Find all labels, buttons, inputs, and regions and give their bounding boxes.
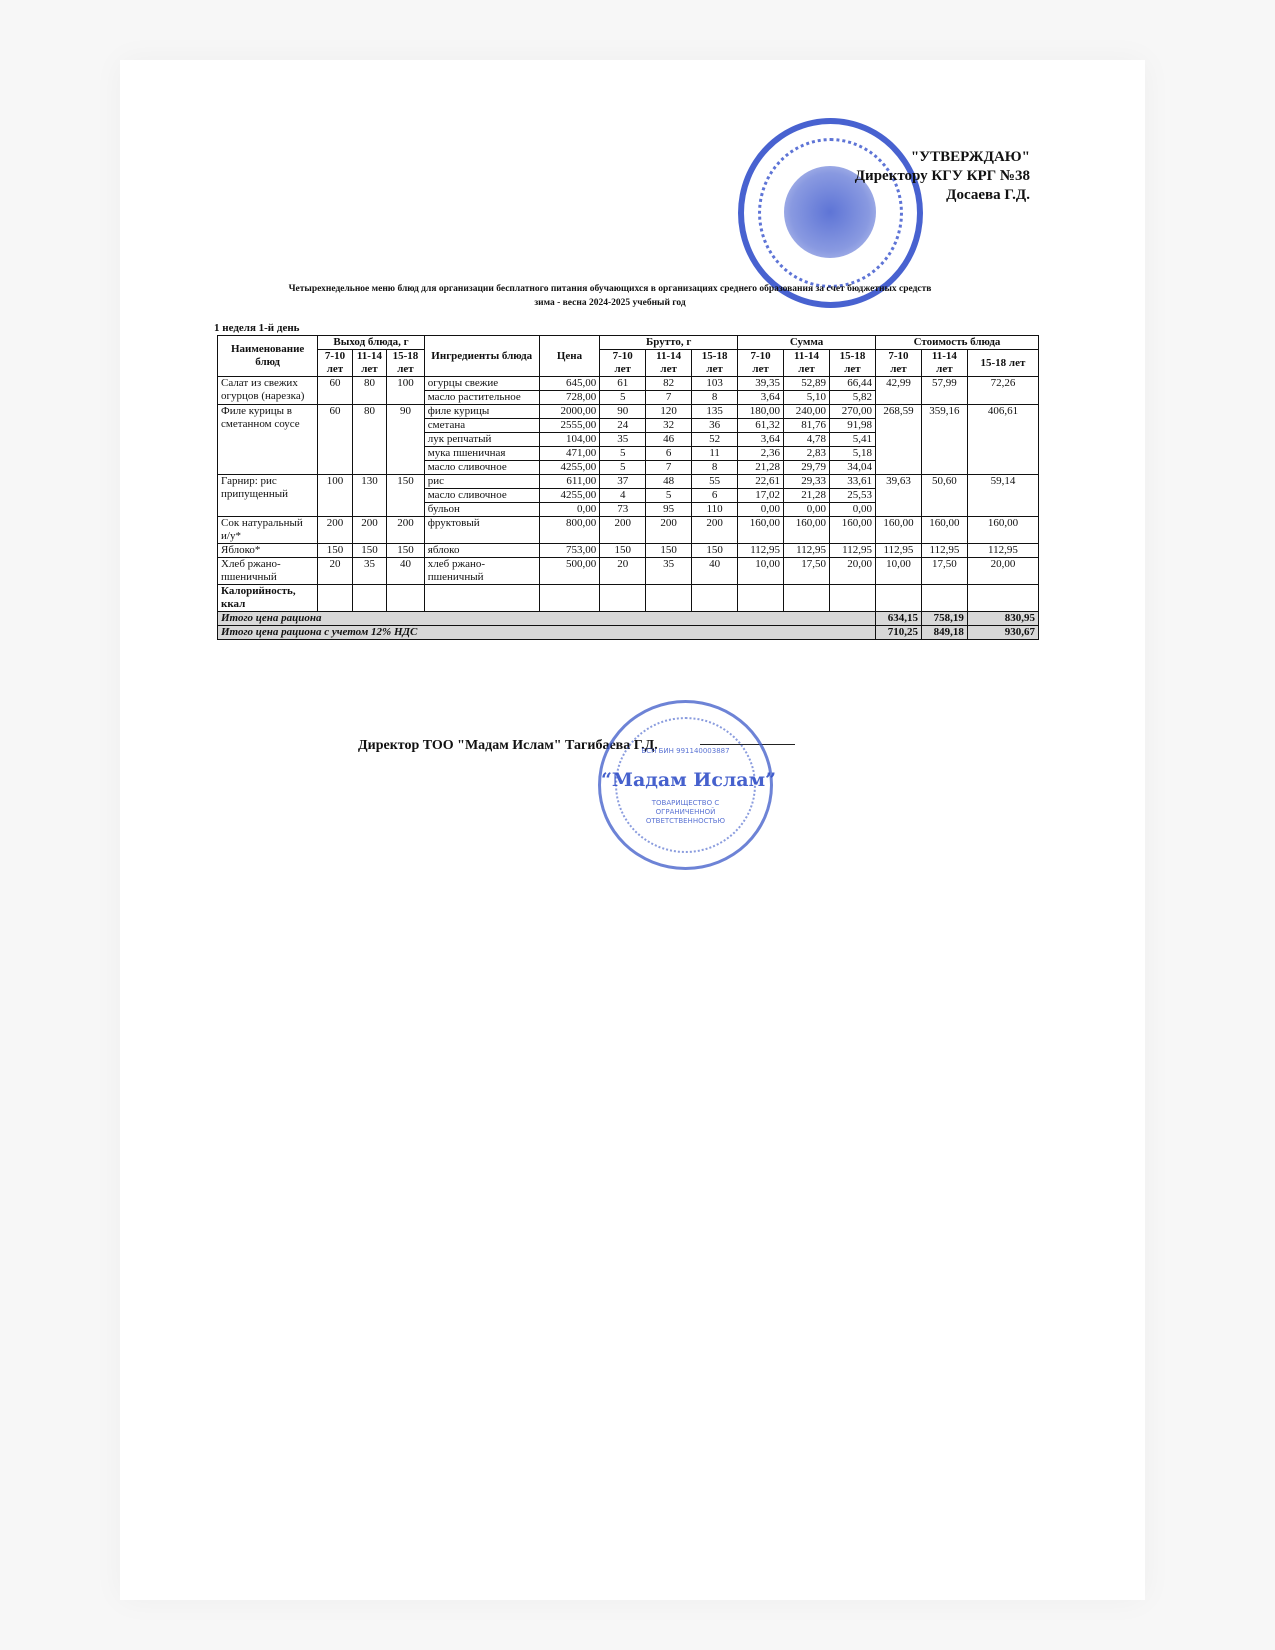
dish-cost: 39,63 bbox=[875, 475, 921, 517]
week-label: 1 неделя 1-й день bbox=[214, 322, 300, 334]
header-ingredients: Ингредиенты блюда bbox=[424, 336, 539, 377]
ingredient-brutto: 135 bbox=[692, 405, 738, 419]
table-row: Гарнир: рис припущенный100130150рис611,0… bbox=[218, 475, 1039, 489]
ingredient-brutto: 8 bbox=[692, 391, 738, 405]
ingredient-name: бульон bbox=[424, 503, 539, 517]
total-value: 758,19 bbox=[921, 612, 967, 626]
table-row: Хлеб ржано-пшеничный203540хлеб ржано-пше… bbox=[218, 558, 1039, 585]
approval-block: "УТВЕРЖДАЮ" Директору КГУ КРГ №38 Досаев… bbox=[800, 148, 1030, 205]
menu-body: Салат из свежих огурцов (нарезка)6080100… bbox=[218, 377, 1039, 640]
ingredient-sum: 3,64 bbox=[738, 433, 784, 447]
ingredient-sum: 52,89 bbox=[784, 377, 830, 391]
ingredient-name: огурцы свежие bbox=[424, 377, 539, 391]
ingredient-brutto: 36 bbox=[692, 419, 738, 433]
ingredient-sum: 270,00 bbox=[830, 405, 876, 419]
dish-cost: 57,99 bbox=[921, 377, 967, 405]
dish-yield: 100 bbox=[387, 377, 425, 405]
ingredient-name: филе курицы bbox=[424, 405, 539, 419]
ingredient-name: масло сливочное bbox=[424, 489, 539, 503]
total-label: Итого цена рациона с учетом 12% НДС bbox=[218, 626, 876, 640]
table-row: Филе курицы в сметанном соусе608090филе … bbox=[218, 405, 1039, 419]
dish-yield: 150 bbox=[352, 544, 386, 558]
ingredient-price: 500,00 bbox=[539, 558, 600, 585]
ingredient-sum: 81,76 bbox=[784, 419, 830, 433]
calories-cell bbox=[539, 585, 600, 612]
ingredient-price: 2000,00 bbox=[539, 405, 600, 419]
ingredient-sum: 25,53 bbox=[830, 489, 876, 503]
ingredient-brutto: 5 bbox=[600, 391, 646, 405]
header-age-7-10: 7-10 лет bbox=[318, 350, 352, 377]
ingredient-sum: 0,00 bbox=[830, 503, 876, 517]
ingredient-brutto: 103 bbox=[692, 377, 738, 391]
stamp-subtitle: ТОВАРИЩЕСТВО С ОГРАНИЧЕННОЙ ОТВЕТСТВЕННО… bbox=[641, 799, 730, 826]
ingredient-sum: 0,00 bbox=[784, 503, 830, 517]
table-row: Яблоко*150150150яблоко753,00150150150112… bbox=[218, 544, 1039, 558]
ingredient-brutto: 7 bbox=[646, 391, 692, 405]
ingredient-sum: 160,00 bbox=[738, 517, 784, 544]
calories-label: Калорийность, ккал bbox=[218, 585, 318, 612]
menu-table: Наименование блюд Выход блюда, г Ингреди… bbox=[217, 335, 1039, 640]
header-age-11-14: 11-14 лет bbox=[646, 350, 692, 377]
header-age-15-18: 15-18 лет bbox=[967, 350, 1038, 377]
ingredient-price: 4255,00 bbox=[539, 461, 600, 475]
ingredient-brutto: 110 bbox=[692, 503, 738, 517]
ingredient-sum: 112,95 bbox=[784, 544, 830, 558]
calories-cell bbox=[387, 585, 425, 612]
dish-cost: 17,50 bbox=[921, 558, 967, 585]
header-age-11-14: 11-14 лет bbox=[784, 350, 830, 377]
ingredient-brutto: 20 bbox=[600, 558, 646, 585]
calories-cell bbox=[600, 585, 646, 612]
calories-cell bbox=[646, 585, 692, 612]
ingredient-brutto: 150 bbox=[692, 544, 738, 558]
dish-cost: 59,14 bbox=[967, 475, 1038, 517]
ingredient-sum: 29,79 bbox=[784, 461, 830, 475]
calories-cell bbox=[921, 585, 967, 612]
company-stamp-icon: БСН БИН 991140003887 “Мадам Ислам” ТОВАР… bbox=[598, 700, 773, 870]
dish-yield: 200 bbox=[318, 517, 352, 544]
dish-yield: 60 bbox=[318, 405, 352, 475]
total-value: 830,95 bbox=[967, 612, 1038, 626]
ingredient-sum: 29,33 bbox=[784, 475, 830, 489]
ingredient-name: яблоко bbox=[424, 544, 539, 558]
table-row: Салат из свежих огурцов (нарезка)6080100… bbox=[218, 377, 1039, 391]
ingredient-brutto: 5 bbox=[646, 489, 692, 503]
ingredient-sum: 160,00 bbox=[830, 517, 876, 544]
ingredient-sum: 112,95 bbox=[830, 544, 876, 558]
ingredient-brutto: 4 bbox=[600, 489, 646, 503]
ingredient-sum: 66,44 bbox=[830, 377, 876, 391]
header-sum: Сумма bbox=[738, 336, 876, 350]
table-row: Сок натуральный и/у*200200200фруктовый80… bbox=[218, 517, 1039, 544]
dish-yield: 100 bbox=[318, 475, 352, 517]
ingredient-sum: 2,36 bbox=[738, 447, 784, 461]
ingredient-name: хлеб ржано-пшеничный bbox=[424, 558, 539, 585]
ingredient-sum: 33,61 bbox=[830, 475, 876, 489]
calories-cell bbox=[424, 585, 539, 612]
ingredient-brutto: 7 bbox=[646, 461, 692, 475]
dish-yield: 60 bbox=[318, 377, 352, 405]
ingredient-sum: 17,02 bbox=[738, 489, 784, 503]
ingredient-sum: 39,35 bbox=[738, 377, 784, 391]
ingredient-name: лук репчатый bbox=[424, 433, 539, 447]
ingredient-brutto: 200 bbox=[600, 517, 646, 544]
ingredient-sum: 5,10 bbox=[784, 391, 830, 405]
ingredient-sum: 240,00 bbox=[784, 405, 830, 419]
dish-yield: 20 bbox=[318, 558, 352, 585]
total-value: 710,25 bbox=[875, 626, 921, 640]
calories-cell bbox=[318, 585, 352, 612]
dish-cost: 112,95 bbox=[875, 544, 921, 558]
header-cost: Стоимость блюда bbox=[875, 336, 1038, 350]
ingredient-brutto: 46 bbox=[646, 433, 692, 447]
ingredient-brutto: 200 bbox=[692, 517, 738, 544]
dish-yield: 80 bbox=[352, 405, 386, 475]
header-yield: Выход блюда, г bbox=[318, 336, 425, 350]
ingredient-price: 2555,00 bbox=[539, 419, 600, 433]
ingredient-brutto: 90 bbox=[600, 405, 646, 419]
ingredient-price: 728,00 bbox=[539, 391, 600, 405]
ingredient-sum: 20,00 bbox=[830, 558, 876, 585]
dish-cost: 112,95 bbox=[967, 544, 1038, 558]
approval-heading: "УТВЕРЖДАЮ" bbox=[800, 148, 1030, 167]
ingredient-price: 104,00 bbox=[539, 433, 600, 447]
dish-cost: 160,00 bbox=[921, 517, 967, 544]
ingredient-sum: 5,82 bbox=[830, 391, 876, 405]
calories-cell bbox=[352, 585, 386, 612]
dish-cost: 160,00 bbox=[967, 517, 1038, 544]
total-row: Итого цена рациона634,15758,19830,95 bbox=[218, 612, 1039, 626]
header-age-7-10: 7-10 лет bbox=[875, 350, 921, 377]
dish-yield: 35 bbox=[352, 558, 386, 585]
dish-yield: 150 bbox=[318, 544, 352, 558]
title-line-2: зима - весна 2024-2025 учебный год bbox=[230, 296, 990, 310]
dish-cost: 50,60 bbox=[921, 475, 967, 517]
title-line-1: Четырехнедельное меню блюд для организац… bbox=[230, 282, 990, 296]
ingredient-sum: 34,04 bbox=[830, 461, 876, 475]
dish-yield: 200 bbox=[352, 517, 386, 544]
ingredient-brutto: 52 bbox=[692, 433, 738, 447]
ingredient-brutto: 73 bbox=[600, 503, 646, 517]
ingredient-sum: 10,00 bbox=[738, 558, 784, 585]
ingredient-name: масло сливочное bbox=[424, 461, 539, 475]
school-stamp-icon bbox=[738, 118, 923, 308]
ingredient-price: 645,00 bbox=[539, 377, 600, 391]
ingredient-sum: 3,64 bbox=[738, 391, 784, 405]
ingredient-price: 0,00 bbox=[539, 503, 600, 517]
ingredient-brutto: 95 bbox=[646, 503, 692, 517]
ingredient-price: 471,00 bbox=[539, 447, 600, 461]
calories-cell bbox=[830, 585, 876, 612]
ingredient-price: 753,00 bbox=[539, 544, 600, 558]
ingredient-brutto: 35 bbox=[600, 433, 646, 447]
ingredient-price: 800,00 bbox=[539, 517, 600, 544]
dish-cost: 20,00 bbox=[967, 558, 1038, 585]
stamp-company-name: “Мадам Ислам” bbox=[601, 769, 770, 791]
ingredient-price: 4255,00 bbox=[539, 489, 600, 503]
ingredient-brutto: 6 bbox=[646, 447, 692, 461]
ingredient-sum: 21,28 bbox=[784, 489, 830, 503]
dish-name: Гарнир: рис припущенный bbox=[218, 475, 318, 517]
approval-position: Директору КГУ КРГ №38 bbox=[800, 167, 1030, 186]
ingredient-sum: 160,00 bbox=[784, 517, 830, 544]
total-value: 634,15 bbox=[875, 612, 921, 626]
dish-yield: 200 bbox=[387, 517, 425, 544]
stamp-bin: БСН БИН 991140003887 bbox=[631, 747, 740, 755]
total-label: Итого цена рациона bbox=[218, 612, 876, 626]
ingredient-sum: 22,61 bbox=[738, 475, 784, 489]
ingredient-price: 611,00 bbox=[539, 475, 600, 489]
dish-yield: 130 bbox=[352, 475, 386, 517]
ingredient-sum: 0,00 bbox=[738, 503, 784, 517]
ingredient-sum: 17,50 bbox=[784, 558, 830, 585]
approval-name: Досаева Г.Д. bbox=[800, 186, 1030, 205]
ingredient-brutto: 8 bbox=[692, 461, 738, 475]
header-age-15-18: 15-18 лет bbox=[387, 350, 425, 377]
total-value: 930,67 bbox=[967, 626, 1038, 640]
ingredient-brutto: 120 bbox=[646, 405, 692, 419]
total-row: Итого цена рациона с учетом 12% НДС710,2… bbox=[218, 626, 1039, 640]
ingredient-brutto: 37 bbox=[600, 475, 646, 489]
ingredient-brutto: 5 bbox=[600, 461, 646, 475]
ingredient-sum: 21,28 bbox=[738, 461, 784, 475]
ingredient-brutto: 40 bbox=[692, 558, 738, 585]
dish-yield: 40 bbox=[387, 558, 425, 585]
ingredient-brutto: 24 bbox=[600, 419, 646, 433]
dish-name: Филе курицы в сметанном соусе bbox=[218, 405, 318, 475]
ingredient-brutto: 150 bbox=[600, 544, 646, 558]
ingredient-brutto: 6 bbox=[692, 489, 738, 503]
dish-yield: 80 bbox=[352, 377, 386, 405]
dish-cost: 359,16 bbox=[921, 405, 967, 475]
header-age-7-10: 7-10 лет bbox=[600, 350, 646, 377]
ingredient-sum: 91,98 bbox=[830, 419, 876, 433]
dish-yield: 150 bbox=[387, 475, 425, 517]
ingredient-brutto: 150 bbox=[646, 544, 692, 558]
document-title: Четырехнедельное меню блюд для организац… bbox=[230, 282, 990, 310]
ingredient-brutto: 61 bbox=[600, 377, 646, 391]
header-age-7-10: 7-10 лет bbox=[738, 350, 784, 377]
ingredient-name: рис bbox=[424, 475, 539, 489]
ingredient-sum: 2,83 bbox=[784, 447, 830, 461]
ingredient-sum: 5,18 bbox=[830, 447, 876, 461]
ingredient-brutto: 200 bbox=[646, 517, 692, 544]
header-price: Цена bbox=[539, 336, 600, 377]
ingredient-sum: 61,32 bbox=[738, 419, 784, 433]
ingredient-name: мука пшеничная bbox=[424, 447, 539, 461]
header-age-11-14: 11-14 лет bbox=[921, 350, 967, 377]
dish-cost: 112,95 bbox=[921, 544, 967, 558]
dish-name: Салат из свежих огурцов (нарезка) bbox=[218, 377, 318, 405]
ingredient-brutto: 48 bbox=[646, 475, 692, 489]
dish-cost: 160,00 bbox=[875, 517, 921, 544]
header-age-15-18: 15-18 лет bbox=[830, 350, 876, 377]
calories-row: Калорийность, ккал bbox=[218, 585, 1039, 612]
ingredient-brutto: 5 bbox=[600, 447, 646, 461]
ingredient-sum: 180,00 bbox=[738, 405, 784, 419]
header-dish-name: Наименование блюд bbox=[218, 336, 318, 377]
ingredient-name: масло растительное bbox=[424, 391, 539, 405]
ingredient-brutto: 35 bbox=[646, 558, 692, 585]
ingredient-brutto: 11 bbox=[692, 447, 738, 461]
dish-yield: 90 bbox=[387, 405, 425, 475]
header-age-11-14: 11-14 лет bbox=[352, 350, 386, 377]
ingredient-sum: 112,95 bbox=[738, 544, 784, 558]
calories-cell bbox=[967, 585, 1038, 612]
dish-cost: 10,00 bbox=[875, 558, 921, 585]
dish-name: Хлеб ржано-пшеничный bbox=[218, 558, 318, 585]
dish-cost: 72,26 bbox=[967, 377, 1038, 405]
header-brutto: Брутто, г bbox=[600, 336, 738, 350]
calories-cell bbox=[692, 585, 738, 612]
ingredient-sum: 5,41 bbox=[830, 433, 876, 447]
calories-cell bbox=[875, 585, 921, 612]
calories-cell bbox=[784, 585, 830, 612]
header-age-15-18: 15-18 лет bbox=[692, 350, 738, 377]
age-header-row: 7-10 лет11-14 лет15-18 лет7-10 лет11-14 … bbox=[218, 350, 1039, 377]
ingredient-brutto: 82 bbox=[646, 377, 692, 391]
ingredient-name: фруктовый bbox=[424, 517, 539, 544]
dish-yield: 150 bbox=[387, 544, 425, 558]
dish-name: Яблоко* bbox=[218, 544, 318, 558]
dish-cost: 406,61 bbox=[967, 405, 1038, 475]
dish-cost: 268,59 bbox=[875, 405, 921, 475]
ingredient-brutto: 55 bbox=[692, 475, 738, 489]
calories-cell bbox=[738, 585, 784, 612]
dish-cost: 42,99 bbox=[875, 377, 921, 405]
ingredient-sum: 4,78 bbox=[784, 433, 830, 447]
total-value: 849,18 bbox=[921, 626, 967, 640]
dish-name: Сок натуральный и/у* bbox=[218, 517, 318, 544]
ingredient-name: сметана bbox=[424, 419, 539, 433]
ingredient-brutto: 32 bbox=[646, 419, 692, 433]
